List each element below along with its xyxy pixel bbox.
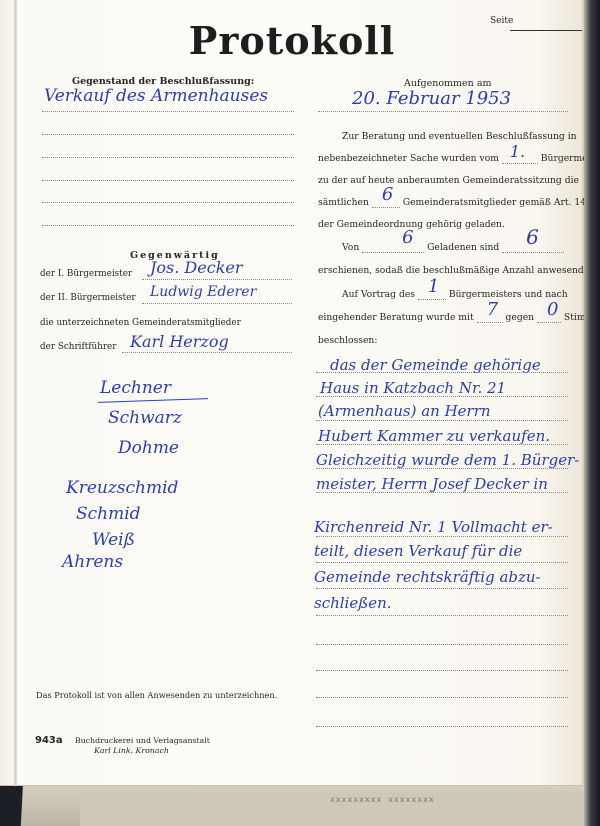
votes-for-field: 7 bbox=[477, 313, 503, 323]
vote-text: Auf Vortrag des bbox=[342, 289, 415, 300]
convening-mayor-field: 1. bbox=[502, 154, 538, 164]
present-count-value: 6 bbox=[526, 227, 539, 247]
resolved-label: beschlossen: bbox=[318, 336, 377, 345]
signature-underline bbox=[98, 398, 208, 403]
secretary-line bbox=[122, 352, 292, 353]
votes-for-value: 7 bbox=[487, 301, 498, 319]
presenting-mayor-value: 1 bbox=[428, 278, 439, 296]
invited-count-field: 6 bbox=[362, 243, 424, 253]
resolution-line: Haus in Katzbach Nr. 21 bbox=[320, 379, 506, 397]
second-mayor-label: der II. Bürgermeister bbox=[40, 293, 136, 303]
underlying-page-text: xxxxxxxxx xxxxxxxx bbox=[330, 795, 435, 804]
first-mayor-line bbox=[142, 279, 292, 280]
book-edge bbox=[584, 0, 600, 826]
convocation-line-4: sämtlichen 6 Gemeinderatsmitglieder gemä… bbox=[318, 198, 592, 208]
subject-line-4 bbox=[42, 180, 294, 181]
second-mayor-line bbox=[142, 303, 292, 304]
resolution-line: (Armenhaus) an Herrn bbox=[318, 402, 491, 420]
form-number: 943a bbox=[35, 735, 63, 746]
resolution-rule bbox=[316, 588, 568, 589]
attendance-text: Geladenen sind bbox=[427, 242, 499, 253]
convocation-text: sämtlichen bbox=[318, 197, 369, 208]
resolution-rule bbox=[316, 670, 568, 671]
convocation-text: nebenbezeichneter Sache wurden vom bbox=[318, 153, 499, 164]
signing-note: Das Protokoll ist von allen Anwesenden z… bbox=[36, 690, 277, 700]
convocation-line-3: zu der auf heute anberaumten Gemeinderat… bbox=[318, 176, 579, 185]
secretary-name: Karl Herzog bbox=[130, 332, 229, 351]
members-count-value: 6 bbox=[382, 186, 393, 204]
protocol-page: Seite Protokoll Gegenstand der Beschlußf… bbox=[0, 0, 584, 786]
members-label: die unterzeichneten Gemeinderatsmitglied… bbox=[40, 318, 241, 328]
page-title: Protokoll bbox=[0, 18, 584, 63]
resolution-rule bbox=[316, 396, 568, 397]
present-count-field: 6 bbox=[502, 243, 564, 253]
resolution-line: Kirchenreid Nr. 1 Vollmacht er- bbox=[314, 518, 553, 536]
resolution-rule bbox=[316, 468, 568, 469]
vote-text: eingehender Beratung wurde mit bbox=[318, 312, 474, 323]
subject-line-5 bbox=[42, 202, 294, 203]
resolution-line: Gemeinde rechtskräftig abzu- bbox=[314, 568, 541, 586]
vote-text: gegen bbox=[506, 312, 535, 323]
convocation-line-2: nebenbezeichneter Sache wurden vom 1. Bü… bbox=[318, 154, 600, 164]
resolution-rule bbox=[316, 697, 568, 698]
resolution-line: Hubert Kammer zu verkaufen. bbox=[318, 427, 550, 445]
signature: Schmid bbox=[76, 504, 141, 524]
members-count-field: 6 bbox=[372, 198, 400, 208]
signature: Kreuzschmid bbox=[66, 478, 178, 498]
signature: Weiß bbox=[92, 530, 135, 550]
votes-against-field: 0 bbox=[537, 313, 561, 323]
signature: Schwarz bbox=[108, 408, 182, 428]
first-mayor-label: der I. Bürgermeister bbox=[40, 269, 132, 279]
first-mayor-name: Jos. Decker bbox=[150, 258, 243, 277]
recorded-date: 20. Februar 1953 bbox=[352, 88, 511, 109]
signature: Ahrens bbox=[62, 552, 123, 572]
attendance-line-2: erschienen, sodaß die beschlußmäßige Anz… bbox=[318, 266, 600, 275]
subject-line-6 bbox=[42, 225, 294, 226]
resolution-line: teilt, diesen Verkauf für die bbox=[314, 542, 522, 560]
resolution-rule bbox=[316, 536, 568, 537]
subject-value: Verkauf des Armenhauses bbox=[44, 86, 268, 106]
resolution-line: Gleichzeitig wurde dem 1. Bürger- bbox=[316, 451, 579, 469]
recorded-date-line bbox=[318, 111, 568, 112]
resolution-rule bbox=[316, 644, 568, 645]
printer-line-2: Karl Link, Kronach bbox=[94, 746, 169, 755]
resolution-rule bbox=[316, 562, 568, 563]
resolution-rule bbox=[316, 420, 568, 421]
subject-line-2 bbox=[42, 134, 294, 135]
resolution-rule bbox=[316, 444, 568, 445]
page-fold bbox=[14, 0, 17, 786]
vote-line-1: Auf Vortrag des 1 Bürgermeisters und nac… bbox=[342, 290, 568, 300]
signature: Lechner bbox=[100, 378, 171, 398]
second-mayor-name: Ludwig Ederer bbox=[150, 284, 256, 300]
secretary-label: der Schriftführer bbox=[40, 342, 116, 352]
attendance-text: Von bbox=[342, 242, 359, 253]
convocation-line-1: Zur Beratung und eventuellen Beschlußfas… bbox=[342, 132, 577, 141]
resolution-rule bbox=[316, 372, 568, 373]
attendance-line-1: Von 6 Geladenen sind 6 bbox=[342, 243, 564, 253]
vote-line-2: eingehender Beratung wurde mit 7 gegen 0… bbox=[318, 313, 600, 323]
resolution-line: meister, Herrn Josef Decker in bbox=[316, 475, 548, 493]
resolution-rule bbox=[316, 615, 568, 616]
resolution-line: schließen. bbox=[314, 594, 392, 612]
convening-mayor-value: 1. bbox=[510, 144, 525, 160]
signature: Dohme bbox=[118, 438, 179, 458]
subject-line-1 bbox=[42, 111, 294, 112]
votes-against-value: 0 bbox=[547, 301, 558, 319]
presenting-mayor-field: 1 bbox=[418, 290, 446, 300]
printer-line-1: Buchdruckerei und Verlagsanstalt bbox=[75, 736, 210, 745]
resolution-rule bbox=[316, 726, 568, 727]
subject-line-3 bbox=[42, 157, 294, 158]
resolution-rule bbox=[316, 492, 568, 493]
invited-count-value: 6 bbox=[402, 229, 413, 247]
convocation-text: Gemeinderatsmitglieder gemäß Art. 145 bbox=[403, 197, 592, 208]
